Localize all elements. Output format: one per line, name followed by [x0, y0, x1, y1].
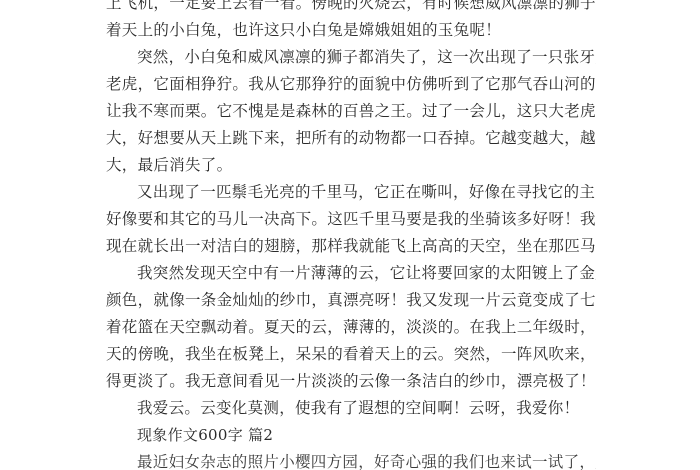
text-line: 得更淡了。我无意间看见一片淡淡的云像一条洁白的纱巾，漂亮极了！ — [106, 368, 596, 395]
text-line: 老虎，它面相狰狞。我从它那狰狞的面貌中仿佛听到了它那气吞山河的吼声， — [106, 71, 596, 98]
text-line: 着天上的小白兔，也许这只小白兔是嫦娥姐姐的玉兔呢！ — [106, 17, 596, 44]
text-line: 好像要和其它的马儿一决高下。这匹千里马要是我的坐骑该多好呀！我希望我 — [106, 206, 596, 233]
text-line: 天的傍晚，我坐在板凳上，呆呆的看着天上的云。突然，一阵风吹来，吧云吹 — [106, 341, 596, 368]
text-line: 上飞机，一定要上去看一看。傍晚的火烧云，有时候想威风凛凛的狮子在追逐 — [106, 0, 596, 17]
essay-body: 上飞机，一定要上去看一看。傍晚的火烧云，有时候想威风凛凛的狮子在追逐 着天上的小… — [106, 0, 596, 470]
text-line: 现在就长出一对洁白的翅膀，那样我就能飞上高高的天空，坐在那匹马背上。 — [106, 233, 596, 260]
text-line: 大，最后消失了。 — [106, 152, 596, 179]
paragraph-start-line: 又出现了一匹鬃毛光亮的千里马，它正在嘶叫，好像在寻找它的主人，又 — [106, 179, 596, 206]
text-line: 颜色，就像一条金灿灿的纱巾，真漂亮呀！我又发现一片云竟变成了七仙女挎 — [106, 287, 596, 314]
document-page: 上飞机，一定要上去看一看。傍晚的火烧云，有时候想威风凛凛的狮子在追逐 着天上的小… — [0, 0, 700, 470]
paragraph-start-line: 我突然发现天空中有一片薄薄的云，它让将要回家的太阳镀上了金灿灿的 — [106, 260, 596, 287]
paragraph-start-line: 我爱云。云变化莫测，使我有了遐想的空间啊！云呀，我爱你！ — [106, 395, 596, 422]
text-line: 着花篮在天空飘动着。夏天的云，薄薄的，淡淡的。在我上二年级时，一个夏 — [106, 314, 596, 341]
text-line: 让我不寒而栗。它不愧是是森林的百兽之王。过了一会儿，这只大老虎越变越 — [106, 98, 596, 125]
paragraph-start-line: 突然，小白兔和威风凛凛的狮子都消失了，这一次出现了一只张牙舞爪的 — [106, 44, 596, 71]
text-line: 大，好想要从天上跳下来，把所有的动物都一口吞掉。它越变越大，越变越 — [106, 125, 596, 152]
paragraph-start-line: 最近妇女杂志的照片小樱四方园，好奇心强的我们也来试一试了，那么妇 — [106, 449, 596, 470]
section-heading: 现象作文600字 篇2 — [106, 422, 596, 449]
